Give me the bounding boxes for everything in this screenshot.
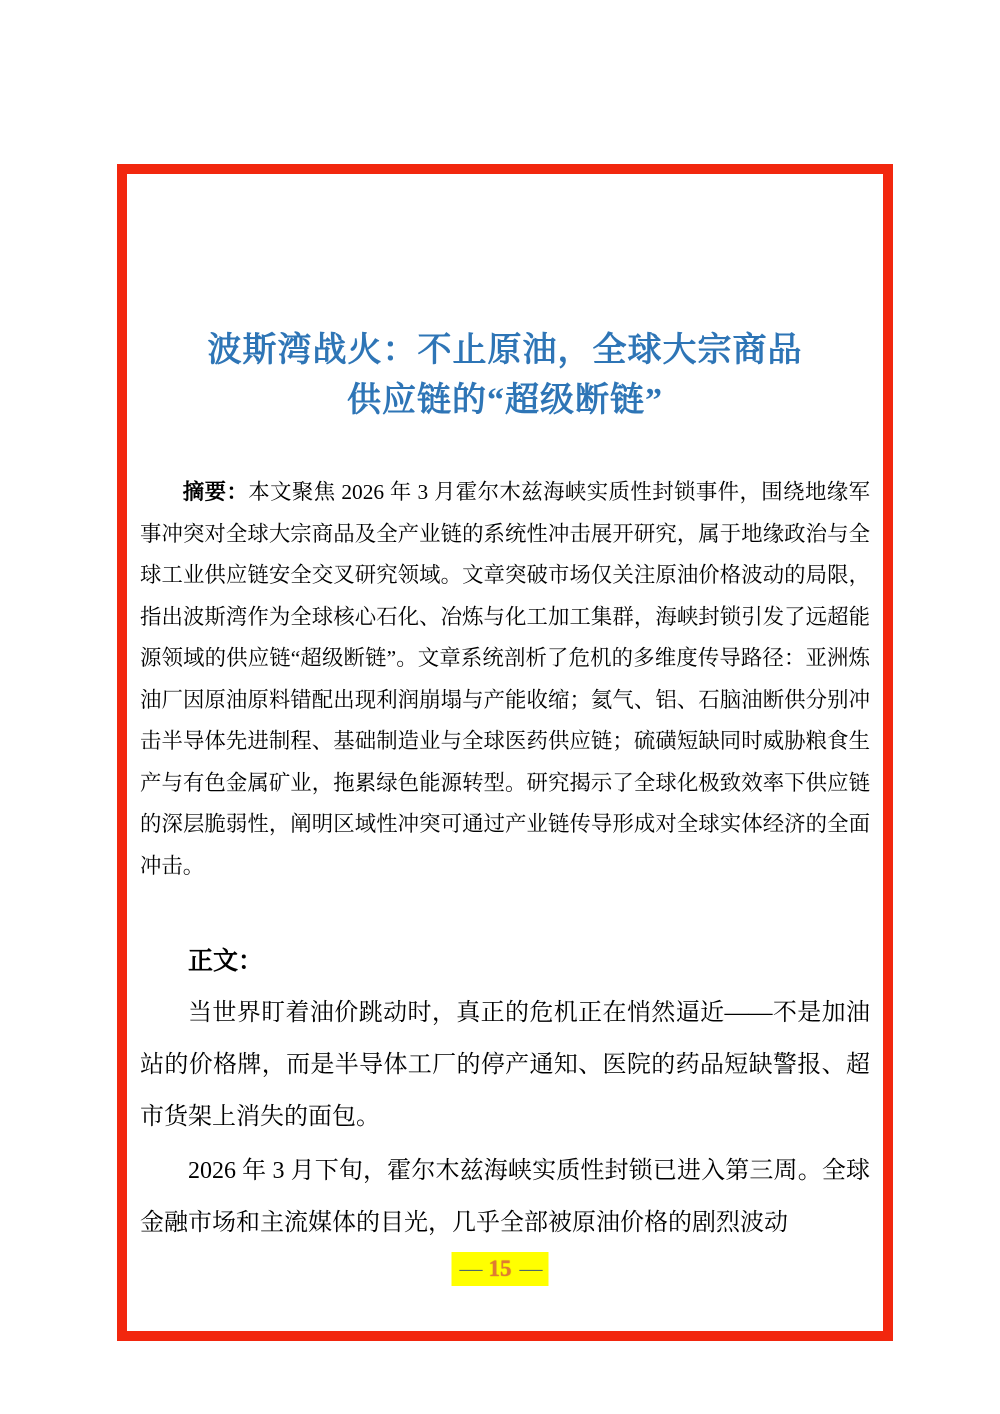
body-paragraph: 2026 年 3 月下旬，霍尔木兹海峡实质性封锁已进入第三周。全球金融市场和主流…: [140, 1145, 870, 1249]
abstract-text: 本文聚焦 2026 年 3 月霍尔木兹海峡实质性封锁事件，围绕地缘军事冲突对全球…: [140, 480, 870, 878]
page-number-dash-right: —: [520, 1256, 541, 1281]
body-paragraph: 当世界盯着油价跳动时，真正的危机正在悄然逼近——不是加油站的价格牌，而是半导体工…: [140, 987, 870, 1143]
abstract-paragraph: 摘要：本文聚焦 2026 年 3 月霍尔木兹海峡实质性封锁事件，围绕地缘军事冲突…: [140, 472, 870, 887]
page-number: 15: [489, 1256, 512, 1281]
page-number-highlight: —15—: [452, 1252, 549, 1286]
page-number-dash-left: —: [460, 1256, 481, 1281]
article-title-line-1: 波斯湾战火：不止原油，全球大宗商品: [140, 326, 870, 376]
red-border-frame: 波斯湾战火：不止原油，全球大宗商品 供应链的“超级断链” 摘要：本文聚焦 202…: [117, 164, 893, 1341]
article-title: 波斯湾战火：不止原油，全球大宗商品 供应链的“超级断链”: [140, 326, 870, 426]
page-content: 波斯湾战火：不止原油，全球大宗商品 供应链的“超级断链” 摘要：本文聚焦 202…: [127, 174, 883, 1331]
article-title-line-2: 供应链的“超级断链”: [140, 376, 870, 426]
body-section-heading: 正文：: [140, 941, 870, 981]
document-page: 波斯湾战火：不止原油，全球大宗商品 供应链的“超级断链” 摘要：本文聚焦 202…: [0, 0, 1000, 1414]
abstract-label: 摘要：: [183, 480, 248, 504]
